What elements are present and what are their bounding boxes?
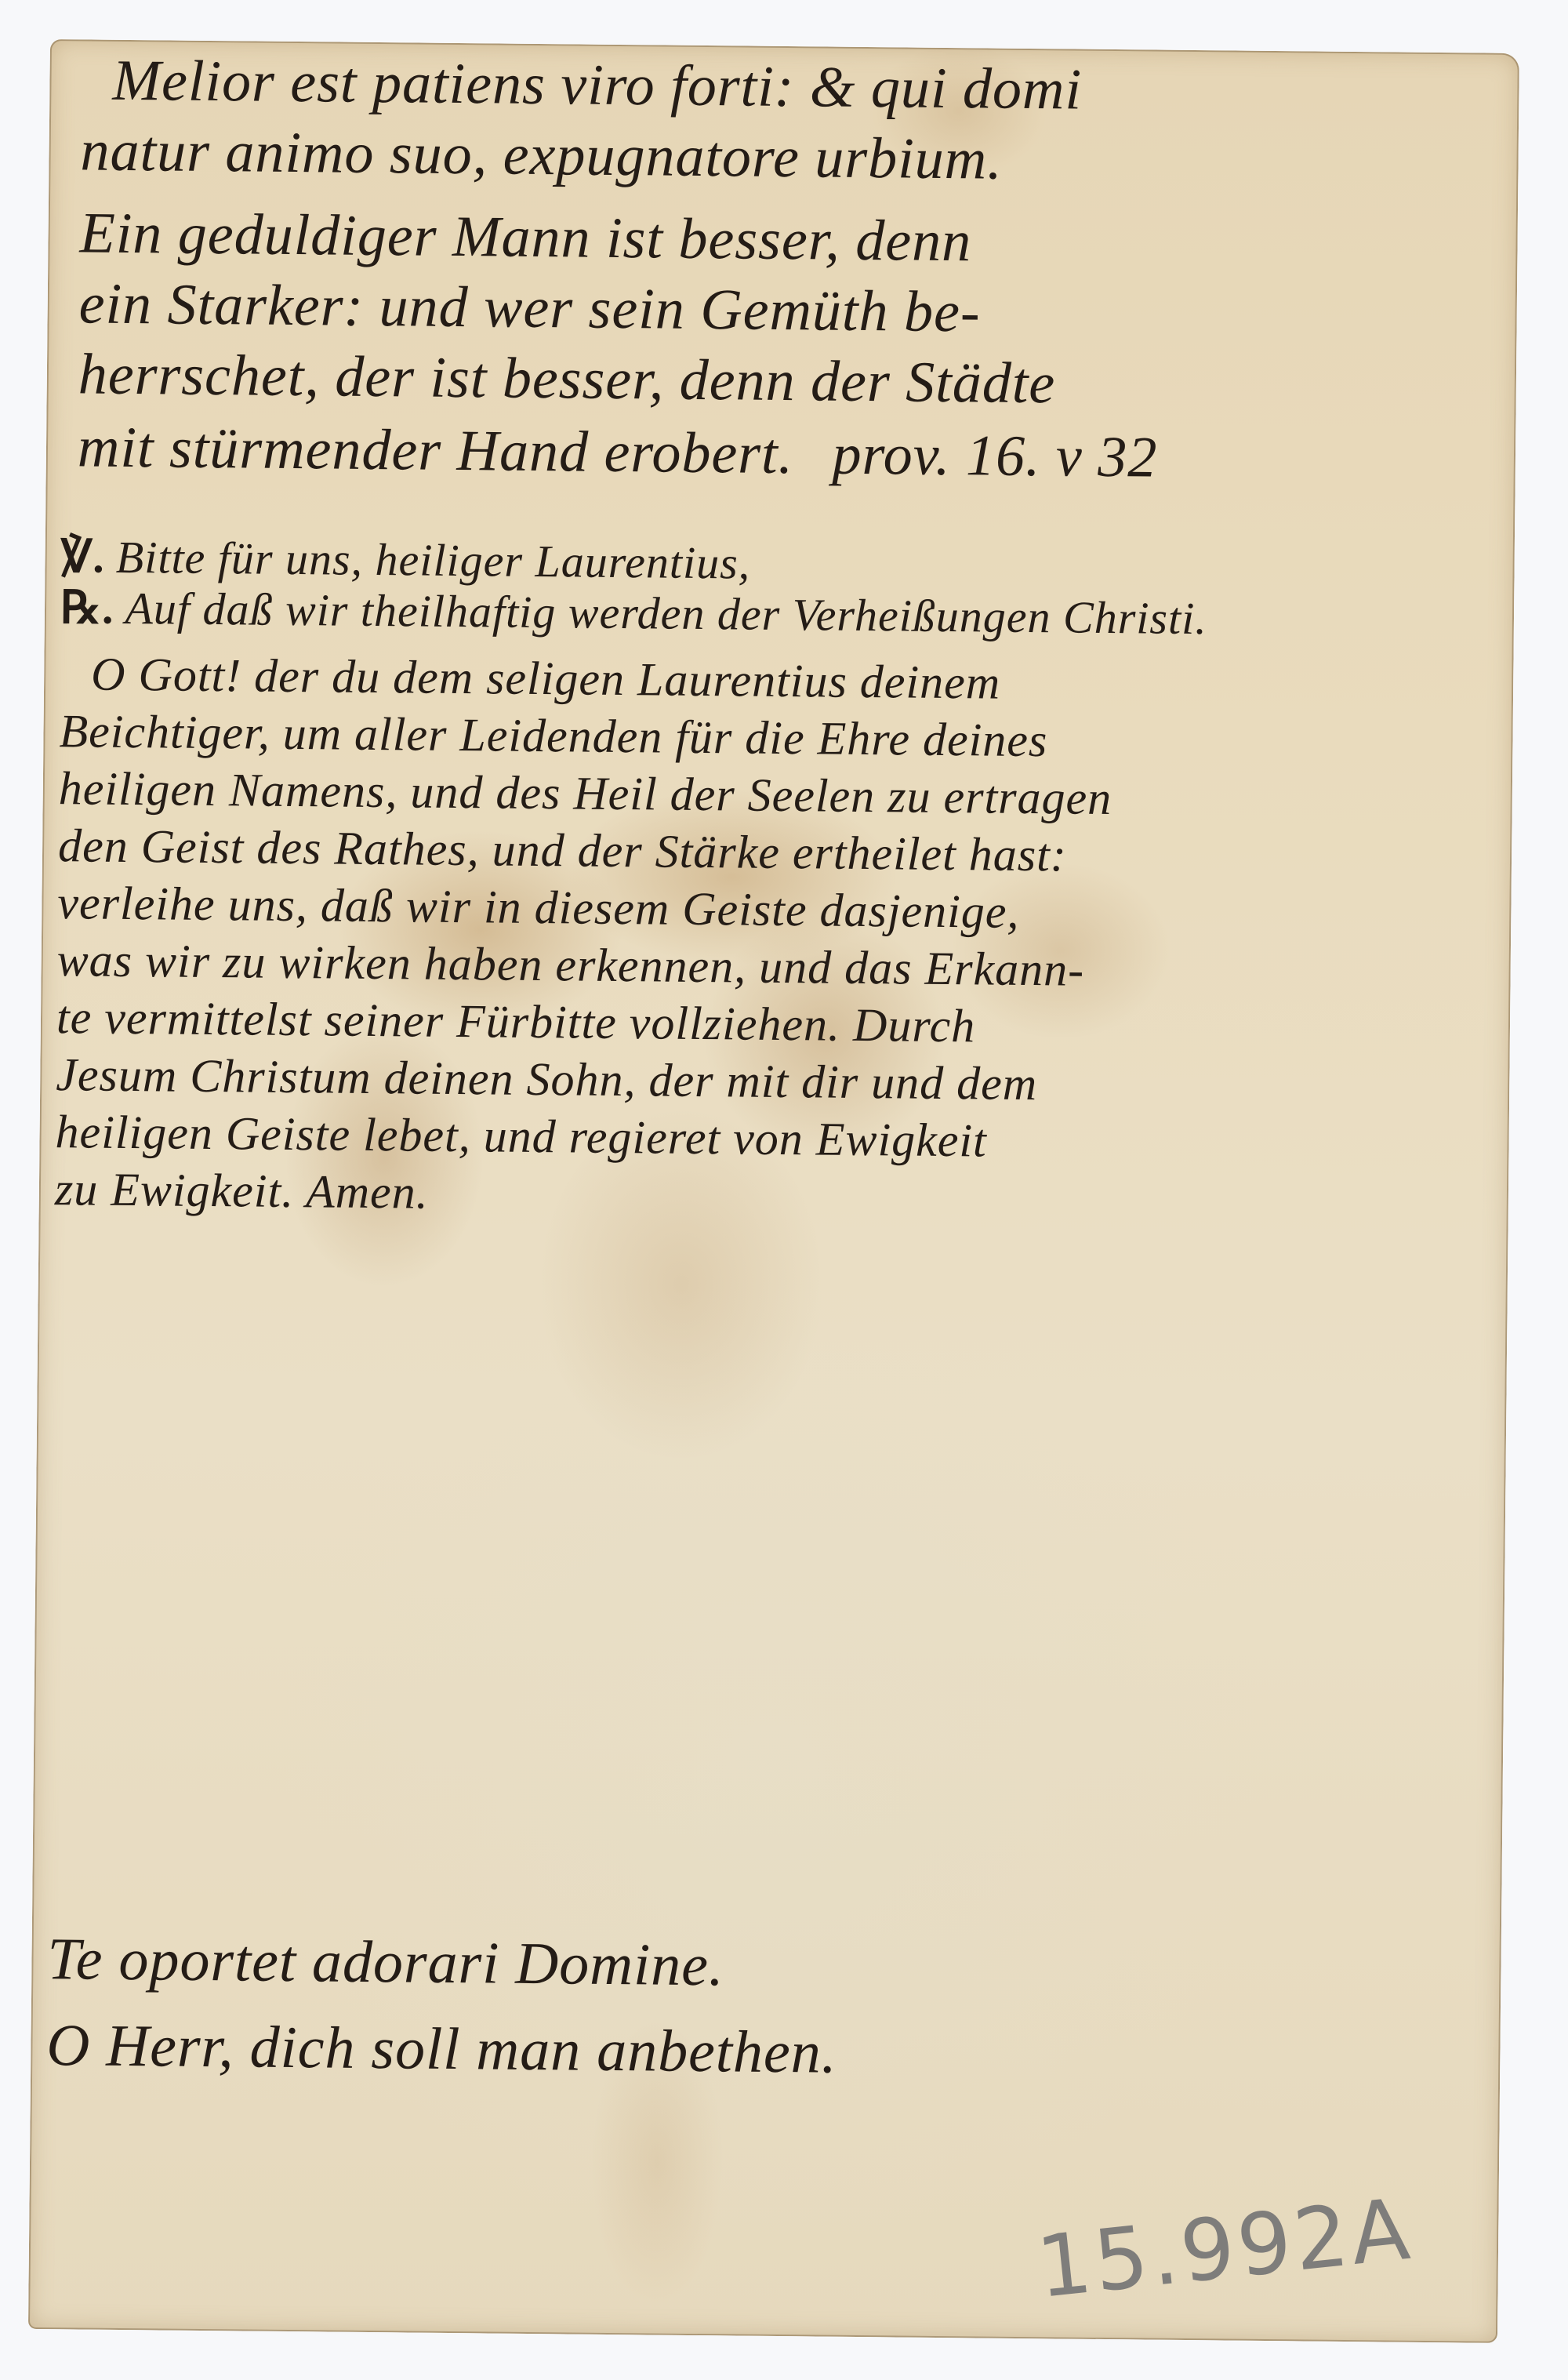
prayer-line-1: O Gott! der du dem seligen Laurentius de… [91, 648, 1001, 710]
german-translation-line-4: mit stürmender Hand erobert. prov. 16. v… [78, 414, 1158, 491]
german-translation-line-3: herrschet, der ist besser, denn der Städ… [78, 341, 1055, 417]
prayer-line-10: zu Ewigkeit. Amen. [55, 1162, 429, 1220]
versicle-symbol: ℣. [60, 531, 105, 583]
prayer-line-6: was wir zu wirken haben erkennen, und da… [56, 933, 1084, 997]
versicle-text: Bitte für uns, heiliger Laurentius, [116, 532, 751, 589]
prayer-line-3: heiligen Namens, und des Heil der Seelen… [58, 761, 1112, 826]
manuscript-page: Melior est patiens viro forti: & qui dom… [28, 39, 1519, 2343]
prayer-line-5: verleihe uns, daß wir in diesem Geiste d… [57, 876, 1020, 939]
latin-proverb-line-2: natur animo suo, expugnatore urbium. [80, 118, 1003, 193]
response-text: Auf daß wir theilhaftig werden der Verhe… [125, 583, 1207, 644]
prayer-line-4: den Geist des Rathes, und der Stärke ert… [58, 819, 1067, 882]
german-translation-text: mit stürmender Hand erobert. [78, 415, 794, 486]
latin-proverb-line-1: Melior est patiens viro forti: & qui dom… [112, 48, 1082, 124]
prayer-line-2: Beichtiger, um aller Leidenden für die E… [59, 704, 1047, 768]
bible-reference: prov. 16. v 32 [832, 423, 1158, 490]
prayer-line-7: te vermittelst seiner Fürbitte vollziehe… [56, 990, 976, 1053]
closing-german: O Herr, dich soll man anbethen. [46, 2011, 837, 2087]
closing-latin: Te oportet adorari Domine. [47, 1925, 724, 2000]
german-translation-line-2: ein Starker: und wer sein Gemüth be- [78, 271, 981, 346]
response-symbol: ℞. [60, 582, 114, 634]
response: ℞.Auf daß wir theilhaftig werden der Ver… [60, 580, 1207, 645]
versicle: ℣.Bitte für uns, heiliger Laurentius, [60, 529, 750, 589]
prayer-line-9: heiligen Geiste lebet, und regieret von … [55, 1105, 987, 1168]
prayer-line-8: Jesum Christum deinen Sohn, der mit dir … [56, 1048, 1038, 1111]
german-translation-line-1: Ein geduldiger Mann ist besser, denn [79, 200, 971, 275]
